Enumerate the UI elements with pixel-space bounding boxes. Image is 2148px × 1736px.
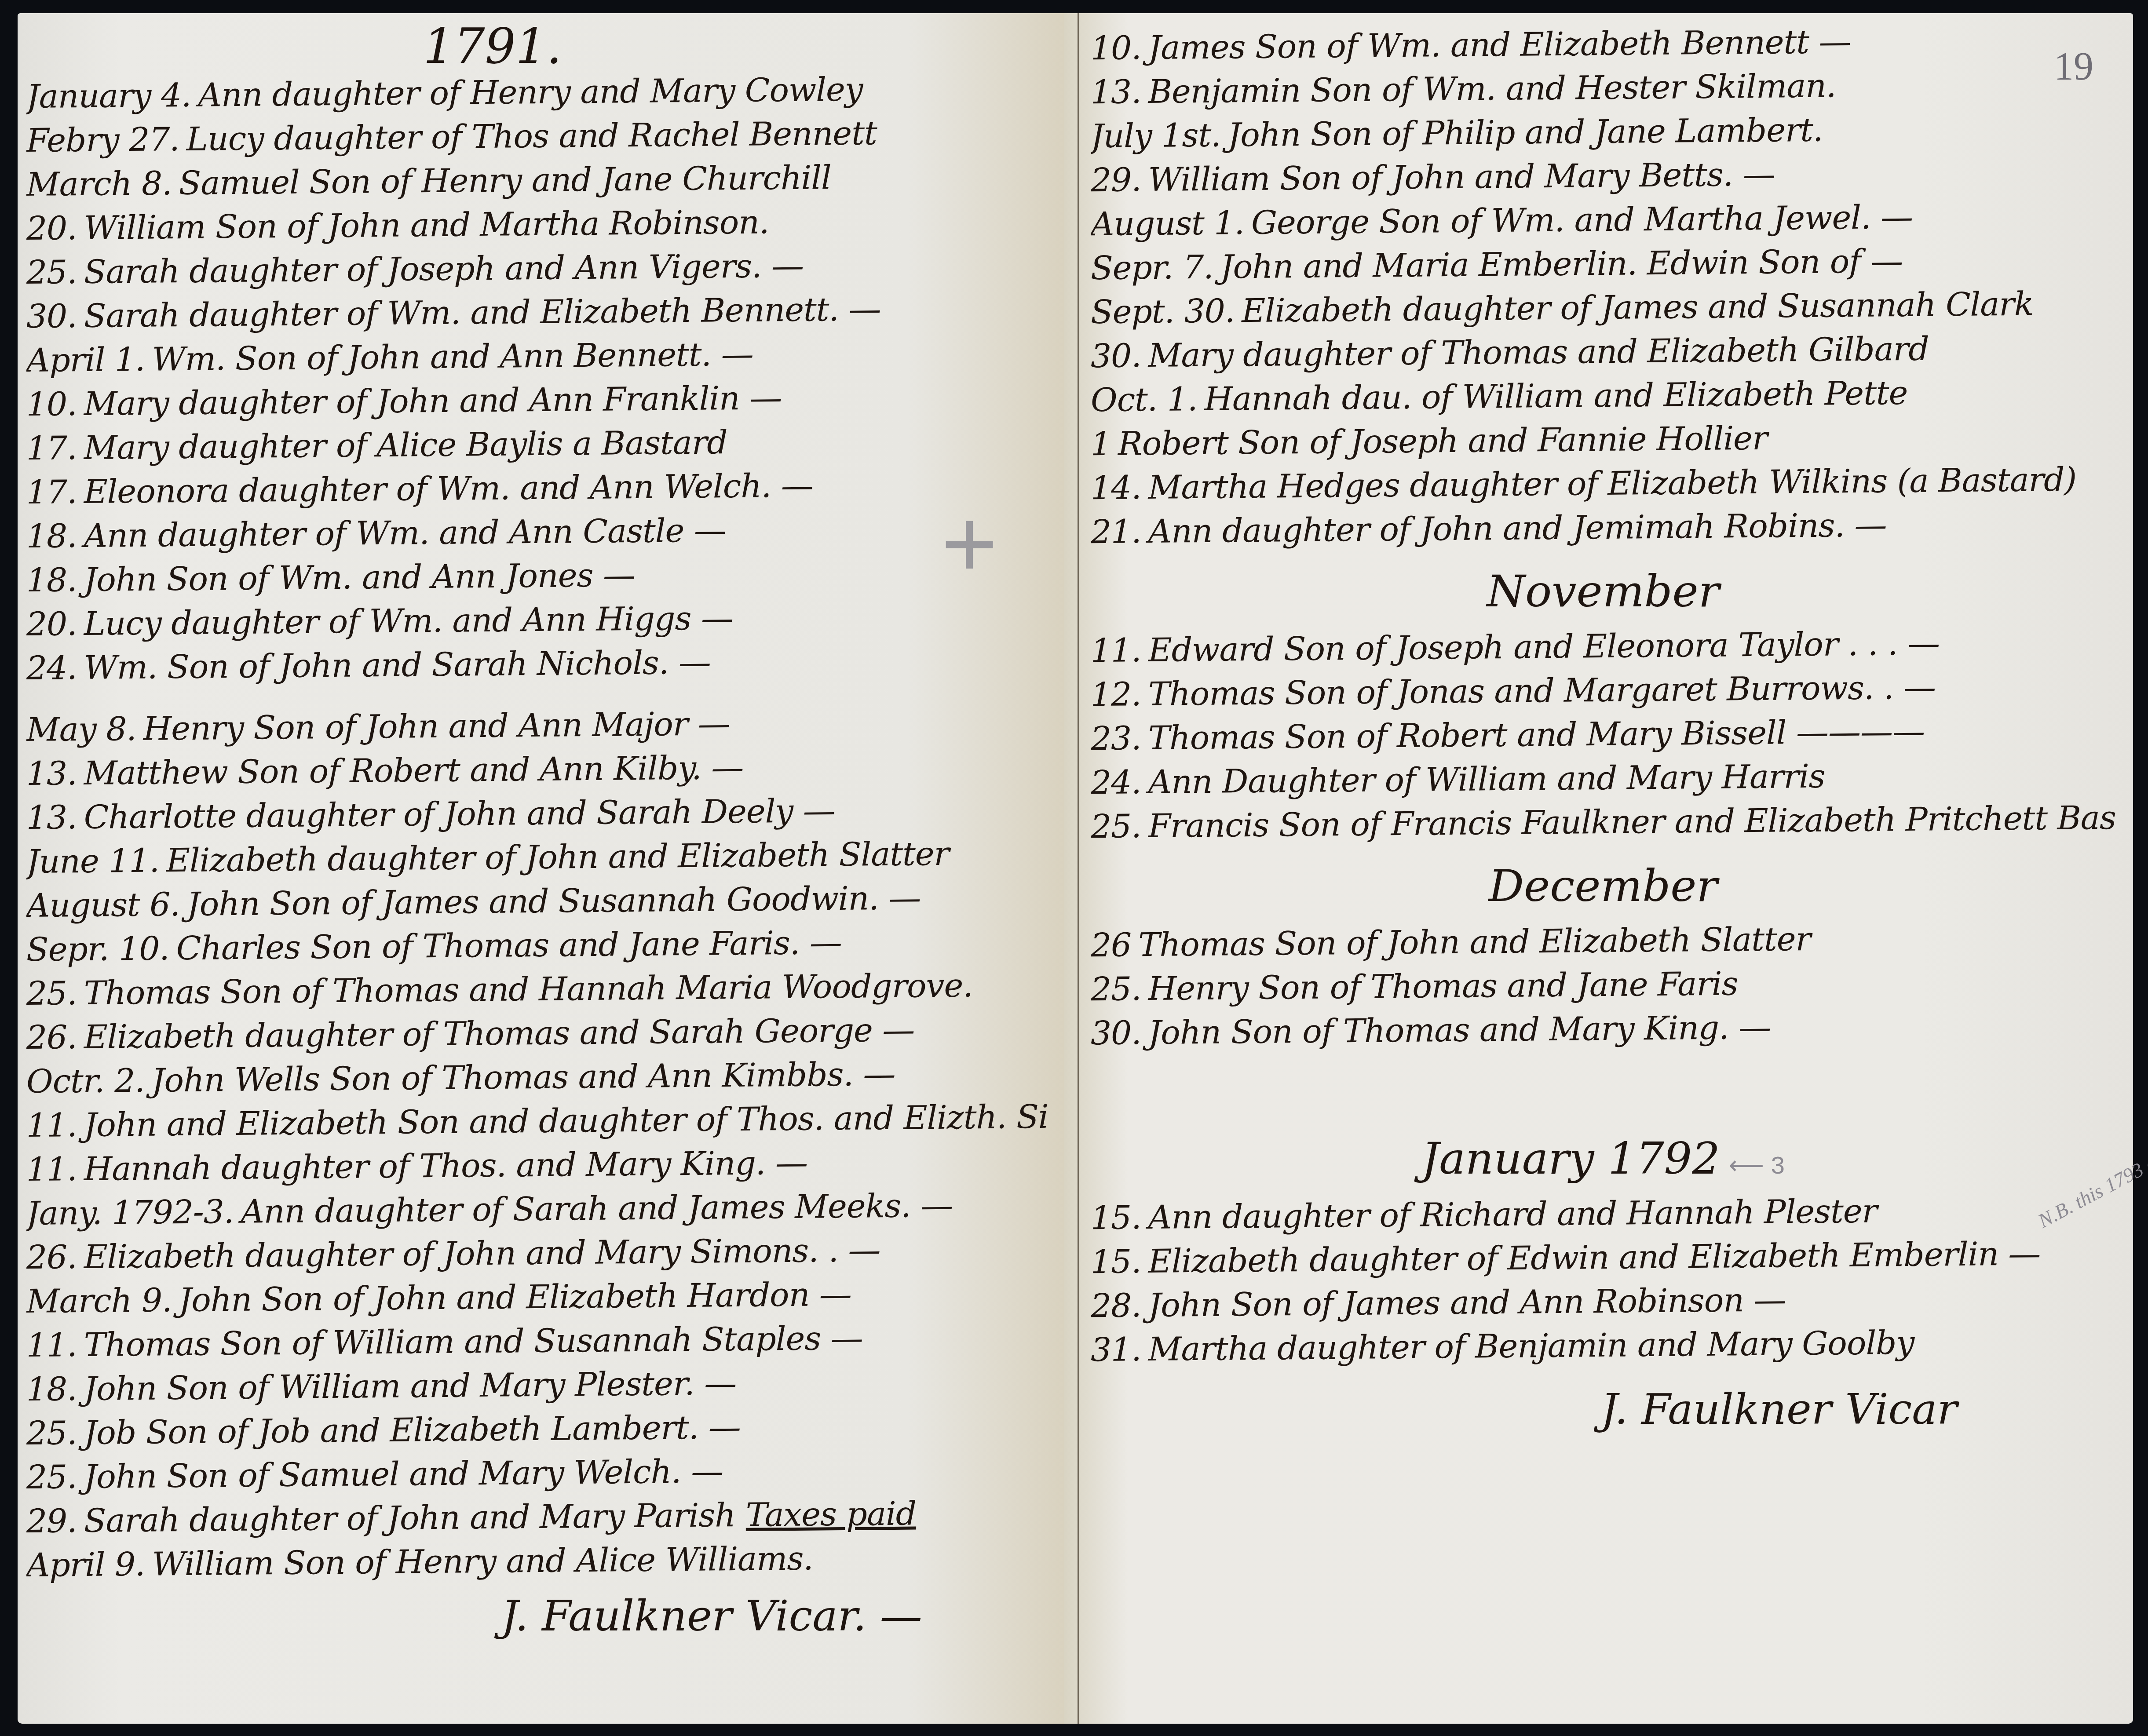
entry-text: Charles Son of Thomas and Jane Faris. — bbox=[176, 924, 842, 967]
entry-text: Wm. Son of John and Sarah Nichols. — bbox=[84, 644, 711, 687]
entry-date: 13. bbox=[26, 751, 77, 796]
entry-date: April 9. bbox=[26, 1543, 145, 1587]
entry-date: 23. bbox=[1091, 716, 1141, 761]
entry-text: William Son of Henry and Alice Williams. bbox=[152, 1540, 813, 1583]
entry-date: 28. bbox=[1091, 1284, 1141, 1328]
entry-text: John Wells Son of Thomas and Ann Kimbbs.… bbox=[152, 1055, 895, 1100]
entry-text: Thomas Son of John and Elizabeth Slatter bbox=[1138, 920, 1811, 964]
entry-date: 1 bbox=[1091, 422, 1111, 466]
entry-date: 12. bbox=[1091, 672, 1141, 717]
entry-text: Charlotte daughter of John and Sarah Dee… bbox=[84, 792, 835, 836]
entry-date: Sepr. 7. bbox=[1091, 245, 1213, 290]
entry-text: John Son of William and Mary Plester. — bbox=[84, 1364, 737, 1408]
entry-text: John and Elizabeth Son and daughter of T… bbox=[84, 1097, 1047, 1144]
entry-date: 21. bbox=[1091, 510, 1141, 554]
entry-date: 25. bbox=[26, 1411, 77, 1455]
entry-date: 25. bbox=[1091, 967, 1141, 1011]
entry-text: Mary daughter of Alice Baylis a Bastard bbox=[84, 423, 727, 467]
entry-date: 11. bbox=[26, 1147, 77, 1192]
entry-date: 25. bbox=[1091, 804, 1141, 849]
entry-text: Eleonora daughter of Wm. and Ann Welch. … bbox=[84, 467, 813, 511]
vicar-signature-left: J. Faulkner Vicar. — bbox=[501, 1587, 1047, 1645]
entry-date: 18. bbox=[26, 558, 77, 602]
entry-text: Francis Son of Francis Faulkner and Eliz… bbox=[1148, 798, 2115, 845]
year-heading: 1791. bbox=[0, 22, 1047, 70]
entry-date: 26. bbox=[26, 1015, 77, 1060]
entry-date: Febry 27. bbox=[26, 117, 179, 163]
entry-text: William Son of John and Mary Betts. — bbox=[1148, 156, 1775, 199]
entry-text: William Son of John and Martha Robinson. bbox=[84, 203, 769, 247]
entry-date: Jany. 1792-3. bbox=[26, 1190, 234, 1236]
register-entry: April 9.William Son of Henry and Alice W… bbox=[26, 1535, 1047, 1587]
register-entry: 31.Martha daughter of Benjamin and Mary … bbox=[1091, 1319, 2115, 1372]
entry-date: 29. bbox=[26, 1499, 77, 1543]
entry-text: Wm. Son of John and Ann Bennett. — bbox=[152, 336, 753, 379]
entry-text: John Son of Wm. and Ann Jones — bbox=[84, 556, 635, 599]
entry-date: 18. bbox=[26, 1367, 77, 1411]
entry-text: Sarah daughter of Joseph and Ann Vigers.… bbox=[84, 247, 804, 291]
pencil-cross-mark: + bbox=[941, 488, 997, 599]
month-heading-december: December bbox=[1091, 844, 2115, 919]
entry-text: Henry Son of John and Ann Major — bbox=[143, 705, 730, 748]
entry-text: John Son of James and Ann Robinson — bbox=[1148, 1281, 1786, 1324]
entry-text: Lucy daughter of Wm. and Ann Higgs — bbox=[84, 599, 733, 643]
entry-text: John Son of Samuel and Mary Welch. — bbox=[84, 1452, 723, 1496]
entry-date: 29. bbox=[1091, 158, 1141, 202]
entry-note: Taxes paid bbox=[746, 1495, 916, 1534]
entry-date: 10. bbox=[26, 382, 77, 427]
entry-date: 14. bbox=[1091, 466, 1141, 510]
entry-date: 30. bbox=[26, 294, 77, 339]
entry-text: Ann daughter of Henry and Mary Cowley bbox=[198, 71, 863, 114]
entry-text: Mary daughter of John and Ann Franklin — bbox=[84, 379, 782, 423]
entry-date: 25. bbox=[26, 971, 77, 1016]
book-gutter bbox=[1078, 13, 1079, 1724]
entry-date: Octr. 2. bbox=[26, 1059, 145, 1104]
entry-text: Ann Daughter of William and Mary Harris bbox=[1148, 758, 1825, 801]
entry-date: March 9. bbox=[26, 1278, 172, 1324]
entry-date: August 1. bbox=[1091, 201, 1244, 246]
entry-date: July 1st. bbox=[1091, 113, 1221, 159]
entry-text: John and Maria Emberlin. Edwin Son of — bbox=[1220, 242, 1903, 286]
entry-text: Henry Son of Thomas and Jane Faris bbox=[1148, 965, 1738, 1008]
entry-date: 13. bbox=[26, 795, 77, 840]
entry-date: 31. bbox=[1091, 1328, 1141, 1372]
entry-text: Samuel Son of Henry and Jane Churchill bbox=[179, 159, 831, 202]
entry-date: 17. bbox=[26, 470, 77, 514]
entry-date: 26. bbox=[26, 1235, 77, 1280]
entry-text: Job Son of Job and Elizabeth Lambert. — bbox=[84, 1408, 741, 1452]
entry-date: June 11. bbox=[26, 839, 159, 884]
entry-text: Edward Son of Joseph and Eleonora Taylor… bbox=[1148, 624, 1940, 669]
entry-date: August 6. bbox=[26, 883, 180, 928]
entry-date: January 4. bbox=[26, 73, 191, 119]
entry-text: Elizabeth daughter of James and Susannah… bbox=[1242, 285, 2033, 330]
left-entry-list: January 4.Ann daughter of Henry and Mary… bbox=[26, 70, 1047, 1583]
right-entry-list: 10.James Son of Wm. and Elizabeth Bennet… bbox=[1091, 22, 2115, 550]
entry-date: 11. bbox=[26, 1323, 77, 1368]
entry-text: John Son of John and Elizabeth Hardon — bbox=[179, 1276, 851, 1319]
entry-text: Benjamin Son of Wm. and Hester Skilman. bbox=[1148, 67, 1836, 111]
entry-text: Matthew Son of Robert and Ann Kilby. — bbox=[84, 749, 744, 792]
entry-text: Lucy daughter of Thos and Rachel Bennett bbox=[186, 114, 877, 158]
november-entry-list: 11.Edward Son of Joseph and Eleonora Tay… bbox=[1091, 624, 2115, 844]
entry-text: Thomas Son of Jonas and Margaret Burrows… bbox=[1148, 668, 1936, 713]
entry-date: May 8. bbox=[26, 707, 136, 752]
entry-date: 15. bbox=[1091, 1196, 1141, 1240]
right-page: 19 10.James Son of Wm. and Elizabeth Ben… bbox=[1064, 13, 2133, 1724]
entry-text: Ann daughter of Sarah and James Meeks. — bbox=[241, 1187, 953, 1231]
entry-text: Sarah daughter of Wm. and Elizabeth Benn… bbox=[84, 290, 881, 335]
entry-text: Elizabeth daughter of Edwin and Elizabet… bbox=[1148, 1235, 2041, 1280]
entry-date: 24. bbox=[26, 646, 77, 690]
entry-text: Thomas Son of Robert and Mary Bissell ——… bbox=[1148, 713, 1925, 757]
entry-text: Elizabeth daughter of John and Mary Simo… bbox=[84, 1231, 880, 1276]
entry-text: Thomas Son of William and Susannah Stapl… bbox=[84, 1320, 863, 1364]
register-entry: 25.Francis Son of Francis Faulkner and E… bbox=[1091, 796, 2115, 849]
entry-date: 11. bbox=[1091, 628, 1141, 673]
register-entry: 24.Wm. Son of John and Sarah Nichols. — bbox=[26, 638, 1047, 690]
entry-text: Mary daughter of Thomas and Elizabeth Gi… bbox=[1148, 330, 1929, 375]
entry-date: 17. bbox=[26, 426, 77, 470]
entry-text: Elizabeth daughter of Thomas and Sarah G… bbox=[84, 1011, 915, 1056]
december-entry-list: 26Thomas Son of John and Elizabeth Slatt… bbox=[1091, 919, 2115, 1051]
entry-text: George Son of Wm. and Martha Jewel. — bbox=[1251, 198, 1913, 242]
entry-text: Sarah daughter of John and Mary Parish bbox=[84, 1496, 735, 1540]
entry-date: March 8. bbox=[26, 161, 172, 207]
entry-text: Ann daughter of Wm. and Ann Castle — bbox=[84, 511, 726, 555]
entry-date: 15. bbox=[1091, 1240, 1141, 1284]
entry-date: Sepr. 10. bbox=[26, 926, 169, 972]
open-register-book: 1791. January 4.Ann daughter of Henry an… bbox=[18, 13, 2133, 1724]
entry-date: Oct. 1. bbox=[1091, 377, 1198, 422]
entry-text: Martha daughter of Benjamin and Mary Goo… bbox=[1148, 1324, 1914, 1368]
register-entry: 21.Ann daughter of John and Jemimah Robi… bbox=[1091, 501, 2115, 554]
entry-text: John Son of Philip and Jane Lambert. bbox=[1228, 111, 1823, 154]
entry-date: April 1. bbox=[26, 338, 145, 383]
entry-text: Ann daughter of John and Jemimah Robins.… bbox=[1148, 506, 1887, 551]
entry-date: 24. bbox=[1091, 760, 1141, 805]
entry-date: 18. bbox=[26, 514, 77, 558]
entry-date: 10. bbox=[1091, 26, 1141, 70]
entry-text: Ann daughter of Richard and Hannah Plest… bbox=[1148, 1193, 1877, 1236]
entry-text: James Son of Wm. and Elizabeth Bennett — bbox=[1148, 23, 1851, 67]
entry-text: John Son of Thomas and Mary King. — bbox=[1148, 1009, 1771, 1052]
entry-text: Hannah dau. of William and Elizabeth Pet… bbox=[1205, 374, 1908, 418]
entry-text: Robert Son of Joseph and Fannie Hollier bbox=[1118, 419, 1767, 463]
entry-date: 30. bbox=[1091, 334, 1141, 378]
entry-date: Sept. 30. bbox=[1091, 289, 1235, 334]
entry-date: 11. bbox=[26, 1103, 77, 1148]
left-page: 1791. January 4.Ann daughter of Henry an… bbox=[18, 13, 1064, 1724]
january-heading-text: January 1792 bbox=[1421, 1133, 1720, 1184]
entry-date: 25. bbox=[26, 250, 77, 295]
entry-date: 30. bbox=[1091, 1011, 1141, 1055]
entry-date: 26 bbox=[1091, 923, 1131, 967]
month-heading-november: November bbox=[1091, 550, 2115, 624]
entry-text: John Son of James and Susannah Goodwin. … bbox=[187, 879, 921, 923]
entry-date: 13. bbox=[1091, 70, 1141, 114]
vicar-signature-right: J. Faulkner Vicar bbox=[1601, 1381, 2115, 1438]
entry-text: Hannah daughter of Thos. and Mary King. … bbox=[84, 1144, 807, 1188]
january-entry-list: 15.Ann daughter of Richard and Hannah Pl… bbox=[1091, 1192, 2115, 1368]
entry-text: Elizabeth daughter of John and Elizabeth… bbox=[166, 835, 949, 880]
entry-date: 25. bbox=[26, 1455, 77, 1499]
register-entry: 30.John Son of Thomas and Mary King. — bbox=[1091, 1003, 2115, 1055]
entry-text: Martha Hedges daughter of Elizabeth Wilk… bbox=[1148, 461, 2076, 507]
entry-text: Thomas Son of Thomas and Hannah Maria Wo… bbox=[84, 966, 973, 1012]
entry-date: 20. bbox=[26, 206, 77, 251]
entry-date: 20. bbox=[26, 602, 77, 646]
month-heading-january-1792: January 1792⟵ 3 bbox=[1091, 1117, 2115, 1192]
